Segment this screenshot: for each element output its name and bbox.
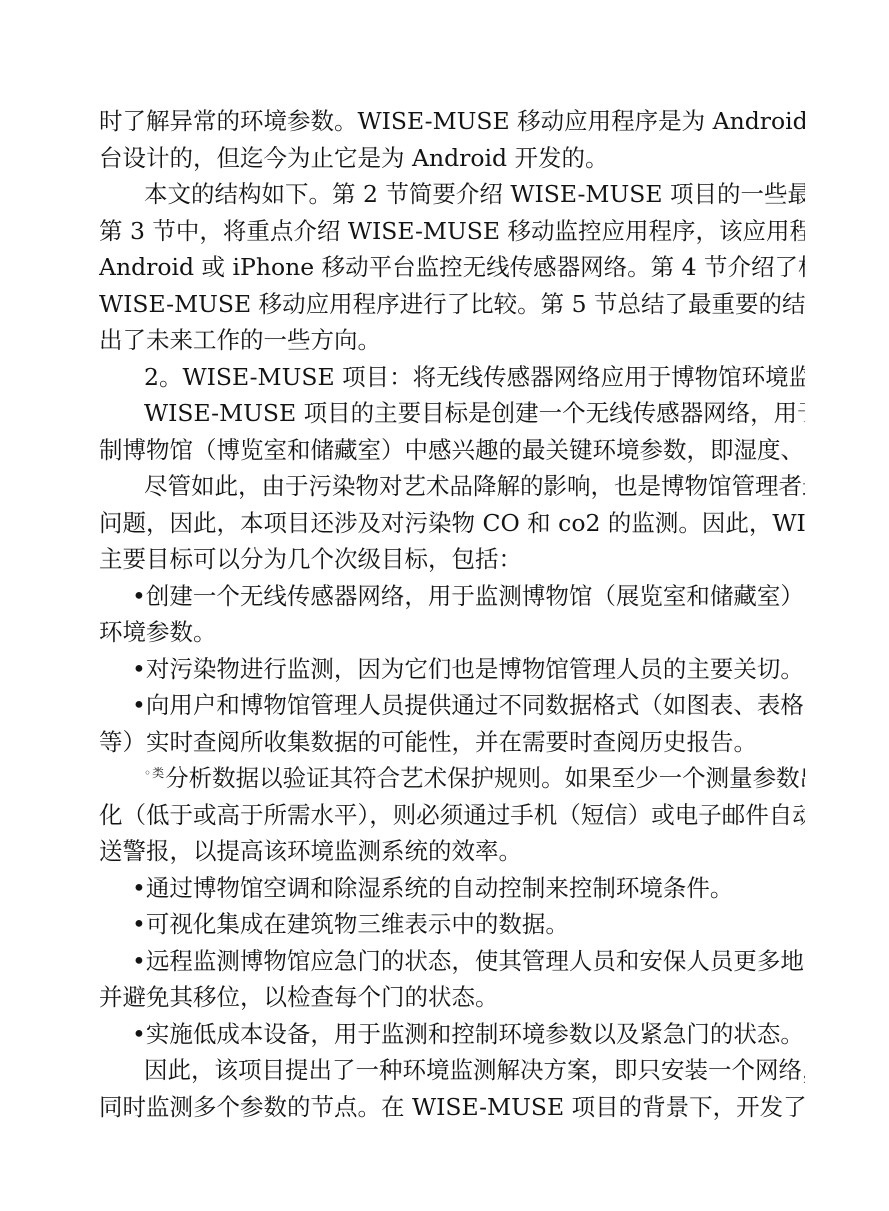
text-line: 等）实时查阅所收集数据的可能性，并在需要时查阅历史报告。 xyxy=(99,724,805,761)
text-line-content: 时了解异常的环境参数。WISE-MUSE 移动应用程序是为 Android 和 … xyxy=(99,107,805,135)
text-line: 台设计的，但迄今为止它是为 Android 开发的。 xyxy=(99,140,805,177)
text-line: •向用户和博物馆管理人员提供通过不同数据格式（如图表、表格、颜色梯度 xyxy=(99,687,805,724)
text-line: 问题，因此，本项目还涉及对污染物 CO 和 co2 的监测。因此，WISE-MU… xyxy=(99,505,805,542)
text-line: 出了未来工作的一些方向。 xyxy=(99,322,805,359)
text-line: •可视化集成在建筑物三维表示中的数据。 xyxy=(99,906,805,943)
text-line-content: 出了未来工作的一些方向。 xyxy=(99,326,381,354)
text-line-content: 制博物馆（博览室和储藏室）中感兴趣的最关键环境参数，即湿度、温度和光线。 xyxy=(99,436,805,464)
text-line: 主要目标可以分为几个次级目标，包括： xyxy=(99,541,805,578)
text-line: 环境参数。 xyxy=(99,614,805,651)
superscript-marker: ◦类 xyxy=(144,766,165,780)
text-line-content: Android 或 iPhone 移动平台监控无线传感器网络。第 4 节介绍了相… xyxy=(99,253,805,281)
text-line: 尽管如此，由于污染物对艺术品降解的影响，也是博物馆管理者最为关注的 xyxy=(99,468,805,505)
text-line: 同时监测多个参数的节点。在 WISE-MUSE 项目的背景下，开发了新的无线传感… xyxy=(99,1089,805,1126)
text-line: •创建一个无线传感器网络，用于监测博物馆（展览室和储藏室）中最关键的 xyxy=(99,578,805,615)
text-line-content: 同时监测多个参数的节点。在 WISE-MUSE 项目的背景下，开发了新的无线传感… xyxy=(99,1093,805,1121)
text-line-content: WISE-MUSE 移动应用程序进行了比较。第 5 节总结了最重要的结论，而第 … xyxy=(99,290,805,318)
text-line-content: 因此，该项目提出了一种环境监测解决方案，即只安装一个网络，使用能够 xyxy=(144,1056,805,1084)
text-line-content: •对污染物进行监测，因为它们也是博物馆管理人员的主要关切。 xyxy=(132,655,804,683)
text-line-content: 本文的结构如下。第 2 节简要介绍 WISE-MUSE 项目的一些最重要的方面。… xyxy=(144,180,805,208)
text-line-content: WISE-MUSE 项目的主要目标是创建一个无线传感器网络，用于监控和自动控 xyxy=(144,399,805,427)
text-line-content: 环境参数。 xyxy=(99,618,217,646)
text-line-content: 分析数据以验证其符合艺术保护规则。如果至少一个测量参数出现显著变 xyxy=(165,764,805,792)
text-line: 时了解异常的环境参数。WISE-MUSE 移动应用程序是为 Android 和 … xyxy=(99,103,805,140)
text-line-content: 2。WISE-MUSE 项目：将无线传感器网络应用于博物馆环境监测 xyxy=(144,363,805,391)
text-line-content: •创建一个无线传感器网络，用于监测博物馆（展览室和储藏室）中最关键的 xyxy=(132,582,805,610)
text-line-content: •可视化集成在建筑物三维表示中的数据。 xyxy=(132,910,569,938)
text-line-content: 等）实时查阅所收集数据的可能性，并在需要时查阅历史报告。 xyxy=(99,728,757,756)
text-line: •对污染物进行监测，因为它们也是博物馆管理人员的主要关切。 xyxy=(99,651,805,688)
text-line-content: 第 3 节中，将重点介绍 WISE-MUSE 移动监控应用程序，该应用程序旨在通… xyxy=(99,217,805,245)
text-line-content: 化（低于或高于所需水平），则必须通过手机（短信）或电子邮件自动向用户发 xyxy=(99,801,805,829)
text-line: WISE-MUSE 移动应用程序进行了比较。第 5 节总结了最重要的结论，而第 … xyxy=(99,286,805,323)
text-line: 2。WISE-MUSE 项目：将无线传感器网络应用于博物馆环境监测 xyxy=(99,359,805,396)
text-line: 因此，该项目提出了一种环境监测解决方案，即只安装一个网络，使用能够 xyxy=(99,1052,805,1089)
text-line: Android 或 iPhone 移动平台监控无线传感器网络。第 4 节介绍了相… xyxy=(99,249,805,286)
text-line-content: •通过博物馆空调和除湿系统的自动控制来控制环境条件。 xyxy=(132,874,733,902)
text-line: 化（低于或高于所需水平），则必须通过手机（短信）或电子邮件自动向用户发 xyxy=(99,797,805,834)
text-line-content: 主要目标可以分为几个次级目标，包括： xyxy=(99,545,522,573)
text-line-content: 尽管如此，由于污染物对艺术品降解的影响，也是博物馆管理者最为关注的 xyxy=(144,472,805,500)
text-line-content: •远程监测博物馆应急门的状态，使其管理人员和安保人员更多地了解其状态， xyxy=(132,947,805,975)
text-line: 送警报，以提高该环境监测系统的效率。 xyxy=(99,833,805,870)
text-line-content: 送警报，以提高该环境监测系统的效率。 xyxy=(99,837,522,865)
text-line-with-superscript: ◦类分析数据以验证其符合艺术保护规则。如果至少一个测量参数出现显著变 xyxy=(99,760,805,797)
document-page: 时了解异常的环境参数。WISE-MUSE 移动应用程序是为 Android 和 … xyxy=(0,0,889,1211)
text-line: 第 3 节中，将重点介绍 WISE-MUSE 移动监控应用程序，该应用程序旨在通… xyxy=(99,213,805,250)
text-line-content: 并避免其移位，以检查每个门的状态。 xyxy=(99,983,499,1011)
text-line-content: •实施低成本设备，用于监测和控制环境参数以及紧急门的状态。 xyxy=(132,1020,804,1048)
text-line: WISE-MUSE 项目的主要目标是创建一个无线传感器网络，用于监控和自动控 xyxy=(99,395,805,432)
text-line: 本文的结构如下。第 2 节简要介绍 WISE-MUSE 项目的一些最重要的方面。… xyxy=(99,176,805,213)
text-line-content: •向用户和博物馆管理人员提供通过不同数据格式（如图表、表格、颜色梯度 xyxy=(132,691,805,719)
text-line-content: 问题，因此，本项目还涉及对污染物 CO 和 co2 的监测。因此，WISE-MU… xyxy=(99,509,805,537)
text-line: 并避免其移位，以检查每个门的状态。 xyxy=(99,979,805,1016)
text-line: •通过博物馆空调和除湿系统的自动控制来控制环境条件。 xyxy=(99,870,805,907)
document-body: 时了解异常的环境参数。WISE-MUSE 移动应用程序是为 Android 和 … xyxy=(99,103,805,1125)
text-line-content: 台设计的，但迄今为止它是为 Android 开发的。 xyxy=(99,144,609,172)
text-line: 制博物馆（博览室和储藏室）中感兴趣的最关键环境参数，即湿度、温度和光线。 xyxy=(99,432,805,469)
text-line: •实施低成本设备，用于监测和控制环境参数以及紧急门的状态。 xyxy=(99,1016,805,1053)
text-line: •远程监测博物馆应急门的状态，使其管理人员和安保人员更多地了解其状态， xyxy=(99,943,805,980)
